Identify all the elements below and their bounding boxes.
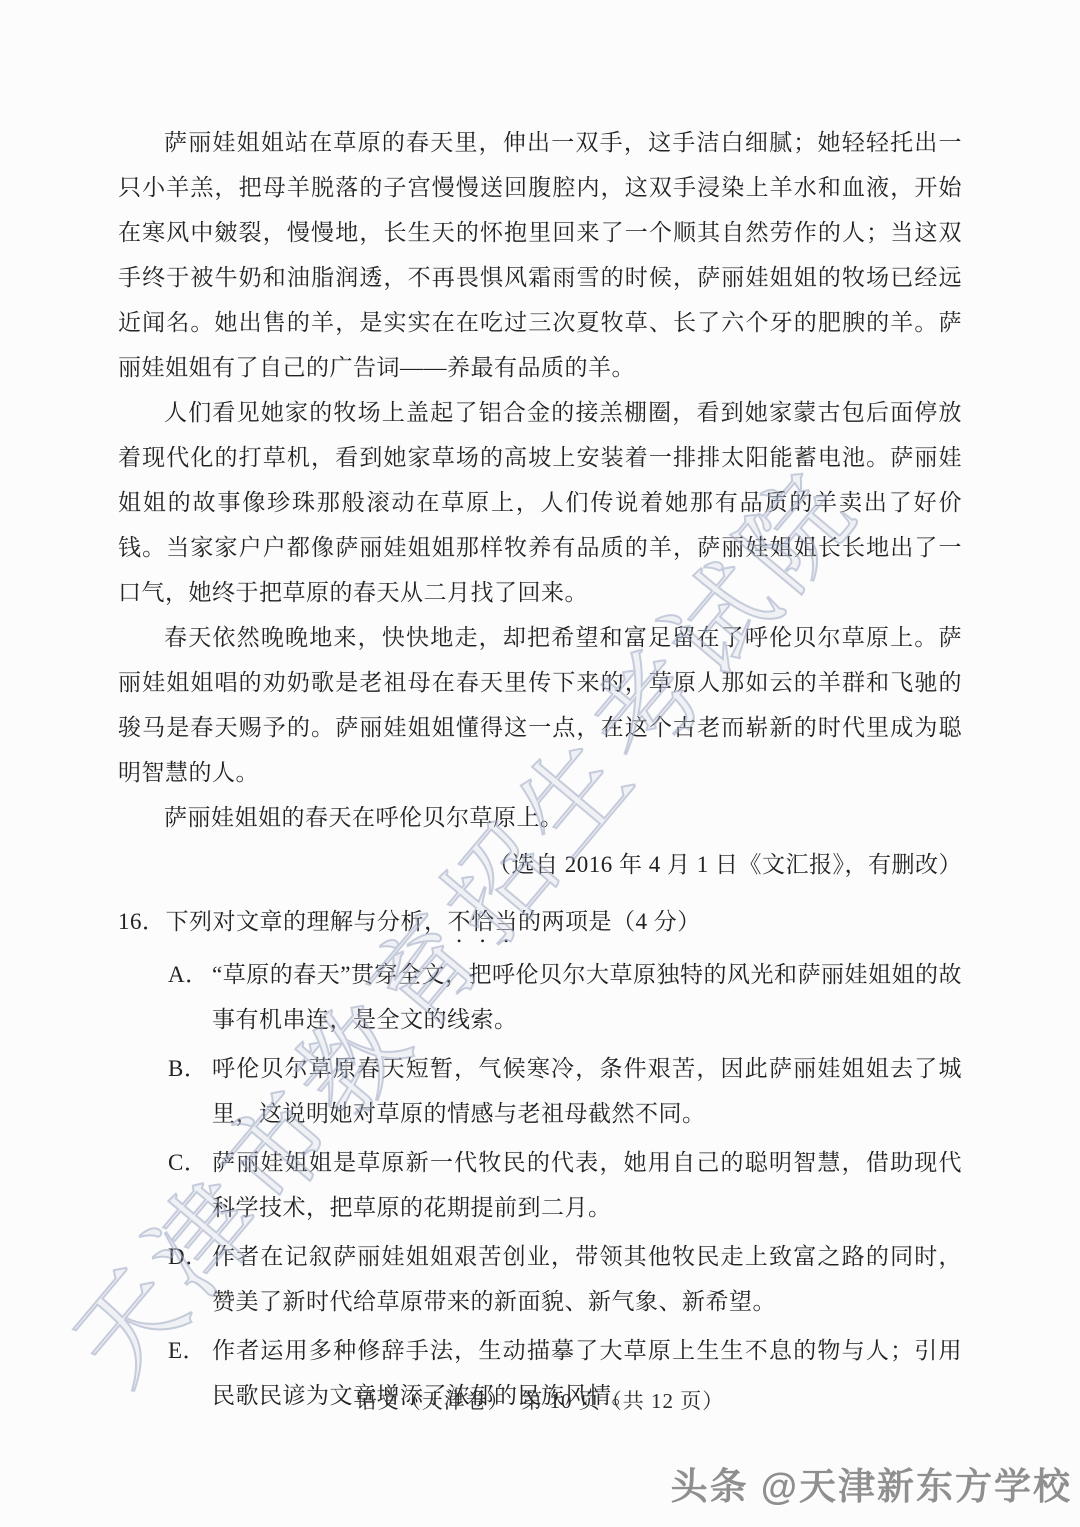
question-stem: 16．下列对文章的理解与分析，不恰当的两项是（4 分） [118,899,962,948]
option-a-label: A． [168,952,212,1042]
page-footer: 语文（天津卷） 第 10 页（共 12 页） [0,1385,1080,1415]
option-b: B． 呼伦贝尔草原春天短暂，气候寒冷，条件艰苦，因此萨丽娃姐姐去了城里，这说明她… [118,1046,962,1136]
passage-and-question: 萨丽娃姐姐站在草原的春天里，伸出一双手，这手洁白细腻；她轻轻托出一只小羊羔，把母… [118,120,962,1418]
question-stem-prefix: 16．下列对文章的理解与分析， [118,909,448,934]
passage-paragraph-2: 人们看见她家的牧场上盖起了铝合金的接羔棚圈，看到她家蒙古包后面停放着现代化的打草… [118,390,962,615]
passage-source: （选自 2016 年 4 月 1 日《文汇报》，有删改） [118,842,962,887]
option-a: A． “草原的春天”贯穿全文，把呼伦贝尔大草原独特的风光和萨丽娃姐姐的故事有机串… [118,952,962,1042]
option-d: D． 作者在记叙萨丽娃姐姐艰苦创业，带领其他牧民走上致富之路的同时，赞美了新时代… [118,1234,962,1324]
option-d-label: D． [168,1234,212,1324]
passage-paragraph-1: 萨丽娃姐姐站在草原的春天里，伸出一双手，这手洁白细腻；她轻轻托出一只小羊羔，把母… [118,120,962,390]
question-stem-suffix: 的两项是（4 分） [518,909,701,934]
toutiao-watermark: 头条 @天津新东方学校 [671,1456,1072,1510]
passage-paragraph-3: 春天依然晚晚地来，快快地走，却把希望和富足留在了呼伦贝尔草原上。萨丽娃姐姐唱的劝… [118,615,962,795]
option-c-label: C． [168,1140,212,1230]
exam-page: 天津市教育招生考试院 萨丽娃姐姐站在草原的春天里，伸出一双手，这手洁白细腻；她轻… [0,0,1080,1527]
option-a-text: “草原的春天”贯穿全文，把呼伦贝尔大草原独特的风光和萨丽娃姐姐的故事有机串连，是… [212,952,962,1042]
option-c: C． 萨丽娃姐姐是草原新一代牧民的代表，她用自己的聪明智慧，借助现代科学技术，把… [118,1140,962,1230]
option-c-text: 萨丽娃姐姐是草原新一代牧民的代表，她用自己的聪明智慧，借助现代科学技术，把草原的… [212,1140,962,1230]
option-b-label: B． [168,1046,212,1136]
passage-paragraph-4: 萨丽娃姐姐的春天在呼伦贝尔草原上。 [118,795,962,840]
option-d-text: 作者在记叙萨丽娃姐姐艰苦创业，带领其他牧民走上致富之路的同时，赞美了新时代给草原… [212,1234,962,1324]
question-stem-emphasis: 不恰当 [448,909,519,934]
option-b-text: 呼伦贝尔草原春天短暂，气候寒冷，条件艰苦，因此萨丽娃姐姐去了城里，这说明她对草原… [212,1046,962,1136]
